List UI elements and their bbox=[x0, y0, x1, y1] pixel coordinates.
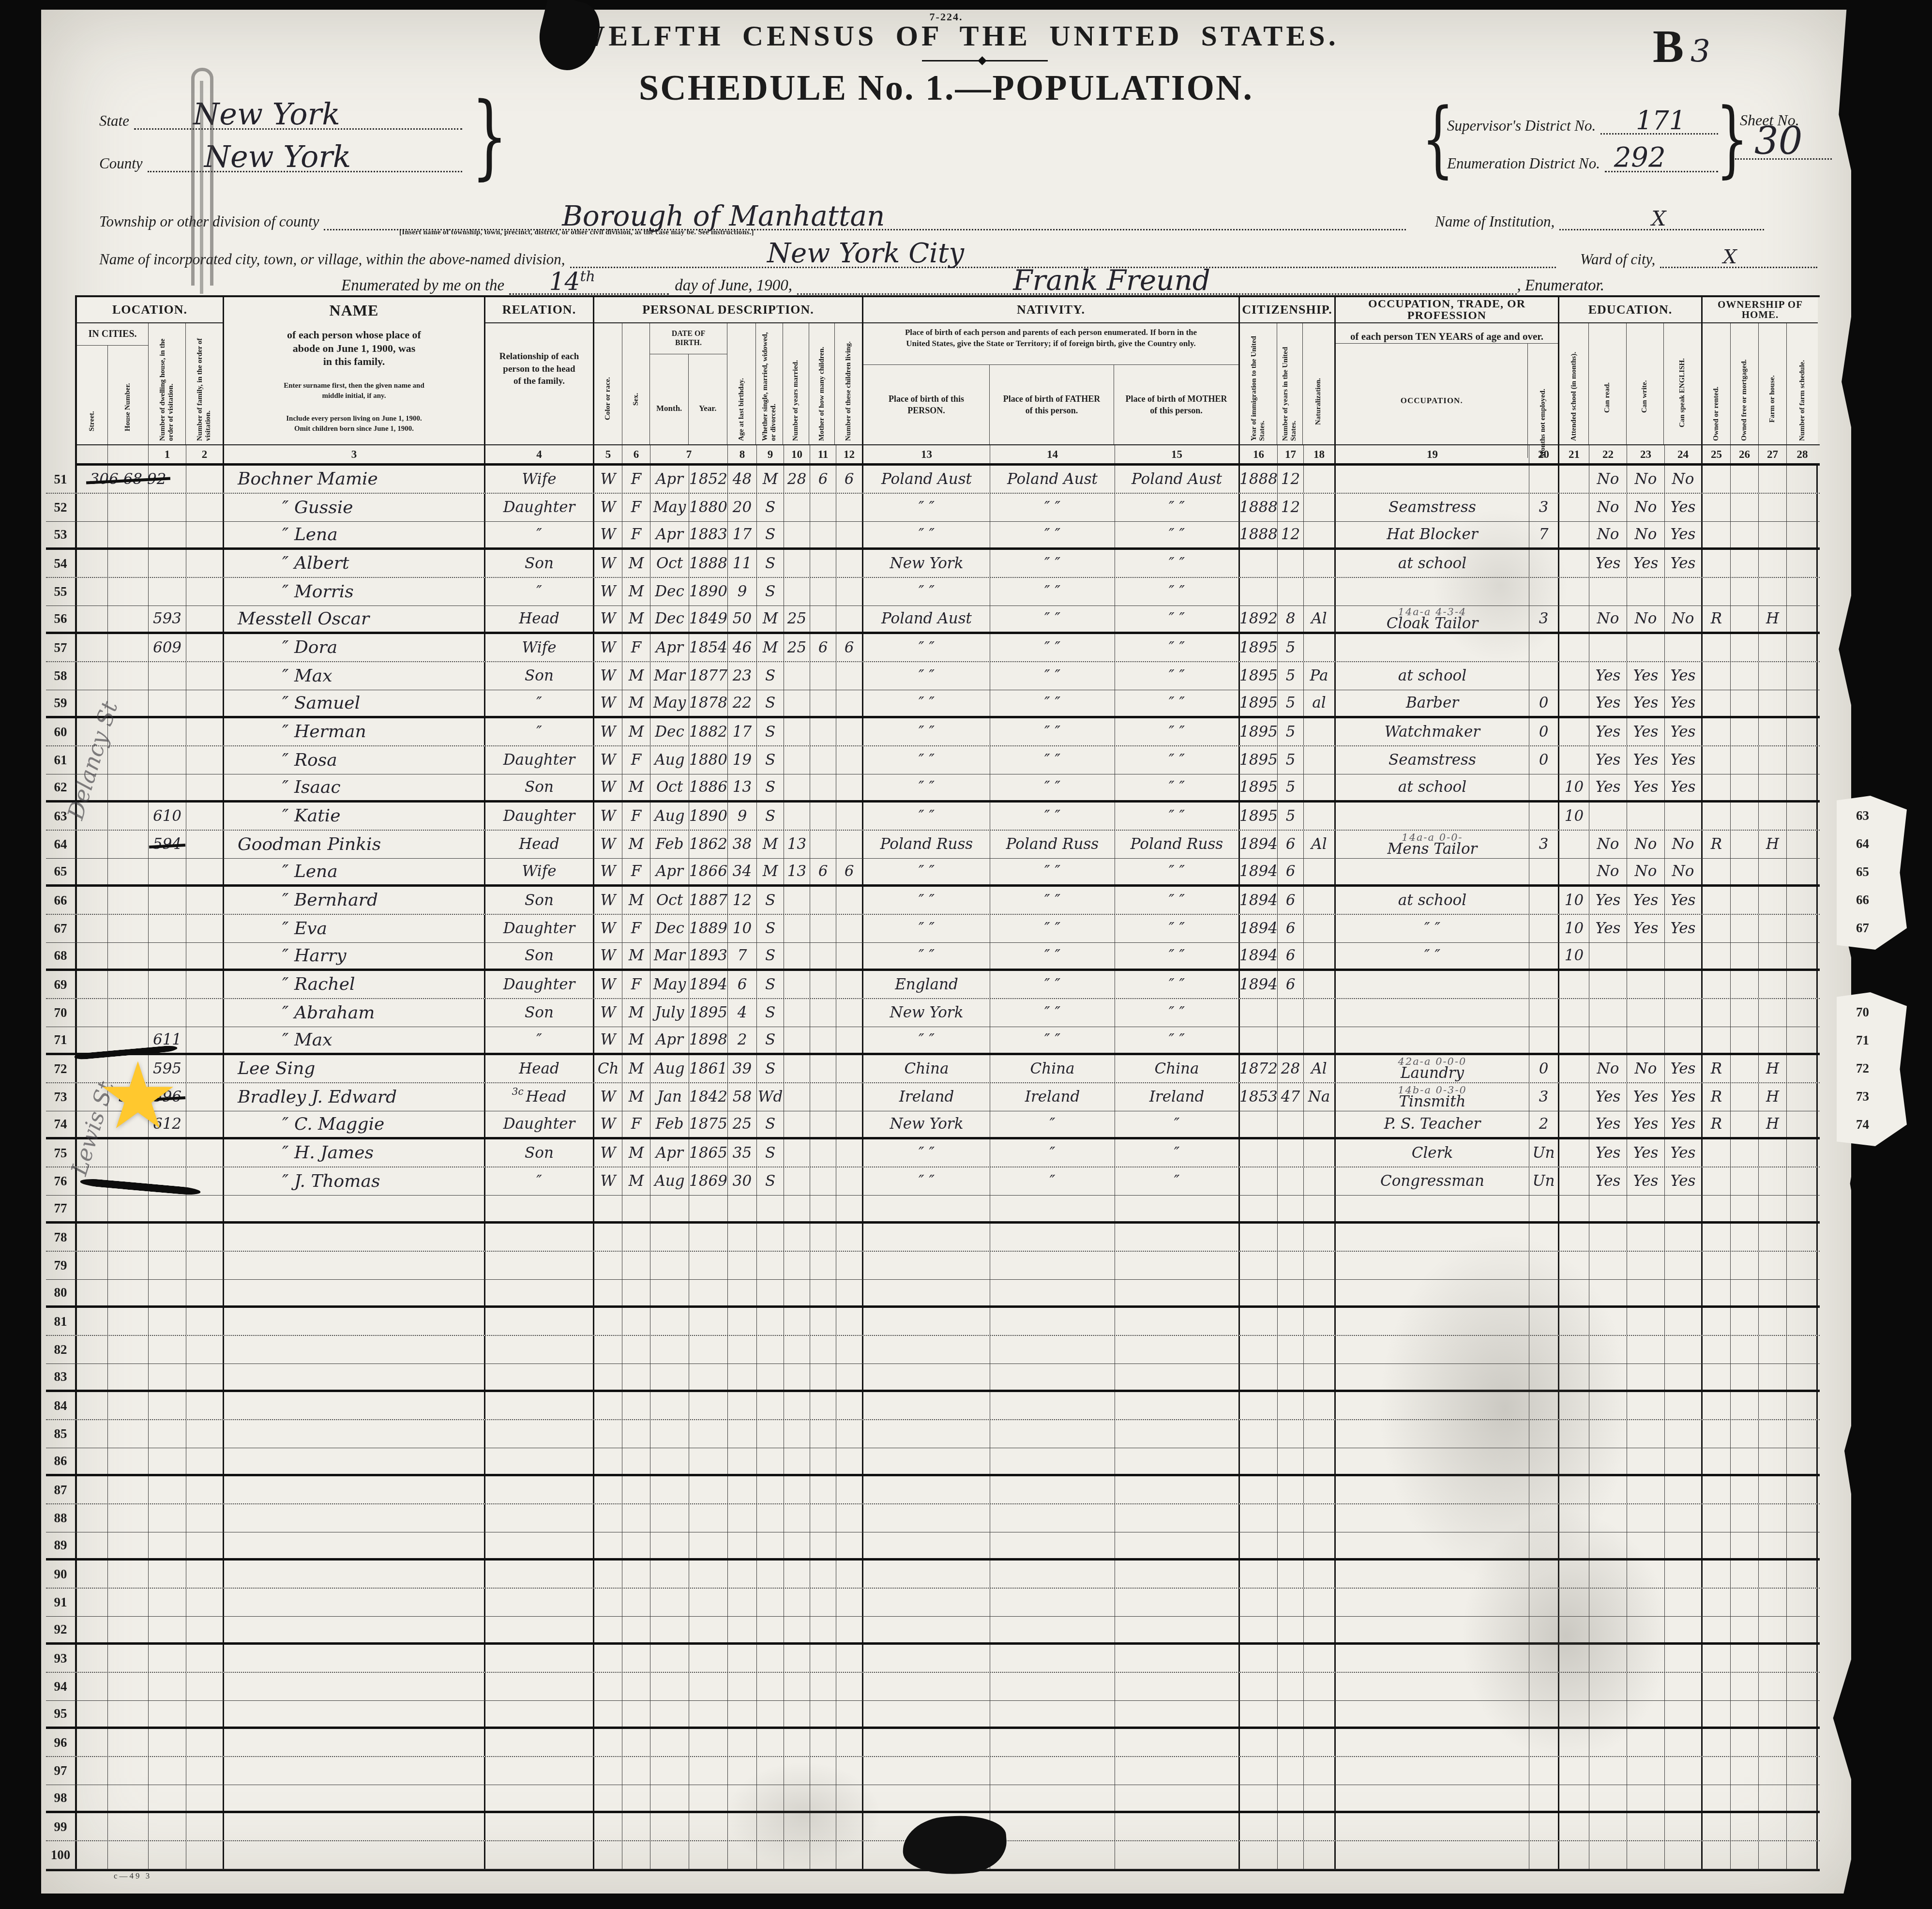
cell-cl bbox=[836, 1280, 863, 1305]
cell-mo bbox=[650, 1841, 689, 1869]
cell-mn: Un bbox=[1529, 1139, 1559, 1167]
cell-co bbox=[594, 1561, 622, 1588]
cell-nm bbox=[224, 1252, 485, 1279]
table-row: 68″ HarrySonWMMar18937S″ ″″ ″″ ″18946″ ″… bbox=[46, 943, 1820, 971]
cell-ag: 50 bbox=[728, 606, 757, 632]
cell-mo bbox=[650, 1392, 689, 1419]
cell-cl bbox=[836, 831, 863, 858]
cell-ym bbox=[784, 1504, 810, 1532]
cell-bf bbox=[990, 1701, 1115, 1727]
cell-bm bbox=[1115, 1252, 1240, 1279]
state-label: State bbox=[99, 112, 134, 130]
cell-bm bbox=[1115, 1448, 1240, 1474]
cell-ow bbox=[1703, 578, 1731, 606]
cell-en: Yes bbox=[1665, 887, 1703, 914]
relation-desc: Relationship of each person to the head … bbox=[485, 323, 593, 444]
cell-im bbox=[1240, 999, 1278, 1027]
cell-bf: Poland Russ bbox=[990, 831, 1115, 858]
col-header-children-living: Number of these children living. bbox=[845, 327, 853, 441]
cell-na bbox=[1304, 943, 1336, 969]
cell-wr bbox=[1627, 1364, 1665, 1390]
cell-ow bbox=[1703, 1280, 1731, 1305]
row-number-right: 64 bbox=[1856, 836, 1869, 851]
row-number-left: 64 bbox=[46, 831, 77, 858]
cell-sx bbox=[622, 1729, 650, 1756]
cell-mo: May bbox=[650, 971, 689, 998]
cell-oc: Barber bbox=[1336, 690, 1529, 716]
row-number-left: 72 bbox=[46, 1055, 77, 1082]
cell-yr: 1880 bbox=[689, 494, 728, 521]
cell-bf bbox=[990, 1448, 1115, 1474]
cell-ym: 13 bbox=[784, 831, 810, 858]
cell-st bbox=[77, 1448, 108, 1474]
cell-ag: 20 bbox=[728, 494, 757, 521]
cell-sc bbox=[1559, 1111, 1589, 1137]
cell-co bbox=[594, 1476, 622, 1503]
cell-st bbox=[77, 634, 108, 661]
cell-yu bbox=[1278, 1589, 1304, 1616]
township-value: Borough of Manhattan bbox=[562, 205, 885, 227]
cell-fm bbox=[1731, 1420, 1759, 1448]
cell-fa bbox=[186, 1757, 224, 1785]
cell-yu bbox=[1278, 1701, 1304, 1727]
cell-fh bbox=[1759, 1532, 1787, 1558]
cell-fh bbox=[1759, 746, 1787, 774]
cell-ym bbox=[784, 1167, 810, 1195]
col-header-can-write: Can write. bbox=[1641, 355, 1649, 413]
cell-en: Yes bbox=[1665, 1111, 1703, 1137]
row-number-right: 63 bbox=[1856, 808, 1869, 823]
cell-co bbox=[594, 1196, 622, 1221]
cell-ym bbox=[784, 971, 810, 998]
cell-yu bbox=[1278, 1027, 1304, 1053]
cell-fm bbox=[1731, 1785, 1759, 1811]
row-number-left: 68 bbox=[46, 943, 77, 969]
cell-bf: ″ ″ bbox=[990, 690, 1115, 716]
cell-fs bbox=[1787, 1224, 1818, 1251]
cell-na bbox=[1304, 1027, 1336, 1053]
cell-rl bbox=[485, 1504, 594, 1532]
cell-ag: 6 bbox=[728, 971, 757, 998]
cell-na bbox=[1304, 1111, 1336, 1137]
cell-ow bbox=[1703, 1561, 1731, 1588]
torn-edge-number-notch: 6364656667 bbox=[1837, 796, 1907, 950]
cell-im bbox=[1240, 1785, 1278, 1811]
row-number-left: 99 bbox=[46, 1813, 77, 1840]
cell-cl bbox=[836, 690, 863, 716]
row-number-left: 96 bbox=[46, 1729, 77, 1756]
cell-fh bbox=[1759, 1729, 1787, 1756]
cell-sx bbox=[622, 1673, 650, 1700]
census-scan-page: { "scan":{"bg":"#0a0a0a","paper":"#f1efe… bbox=[0, 0, 1932, 1909]
cell-ag: 4 bbox=[728, 999, 757, 1027]
cell-mc: 6 bbox=[810, 634, 836, 661]
cell-sx bbox=[622, 1336, 650, 1364]
group-name: NAME of each person whose place of abode… bbox=[224, 297, 485, 444]
cell-yu: 12 bbox=[1278, 466, 1304, 493]
cell-bm bbox=[1115, 1420, 1240, 1448]
cell-fa bbox=[186, 1111, 224, 1137]
cell-im: 1872 bbox=[1240, 1055, 1278, 1082]
cell-na bbox=[1304, 1729, 1336, 1756]
cell-sx: M bbox=[622, 550, 650, 577]
cell-mo bbox=[650, 1701, 689, 1727]
cell-fs bbox=[1787, 1252, 1818, 1279]
cell-ow bbox=[1703, 859, 1731, 884]
cell-wr: No bbox=[1627, 494, 1665, 521]
cell-ag bbox=[728, 1701, 757, 1727]
form-header: 7-224. TWELFTH CENSUS OF THE UNITED STAT… bbox=[41, 10, 1851, 295]
cell-im: 1895 bbox=[1240, 774, 1278, 800]
cell-im bbox=[1240, 1027, 1278, 1053]
cell-hn bbox=[108, 831, 149, 858]
cell-na bbox=[1304, 1392, 1336, 1419]
cell-bm: Poland Russ bbox=[1115, 831, 1240, 858]
cell-cl bbox=[836, 1561, 863, 1588]
cell-fh: H bbox=[1759, 1111, 1787, 1137]
cell-oc: at school bbox=[1336, 887, 1529, 914]
cell-ag bbox=[728, 1196, 757, 1221]
cell-fa bbox=[186, 1448, 224, 1474]
cell-fa bbox=[186, 1196, 224, 1221]
cell-bp bbox=[863, 1196, 990, 1221]
cell-yu bbox=[1278, 1841, 1304, 1869]
cell-bm: ″ ″ bbox=[1115, 915, 1240, 942]
cell-hn bbox=[108, 746, 149, 774]
cell-dw bbox=[149, 690, 186, 716]
cell-fa bbox=[186, 1139, 224, 1167]
cell-ow bbox=[1703, 1617, 1731, 1642]
cell-sx bbox=[622, 1504, 650, 1532]
cell-bp: ″ ″ bbox=[863, 718, 990, 745]
in-cities-label: IN CITIES. bbox=[77, 323, 148, 346]
cell-mc bbox=[810, 1617, 836, 1642]
cell-ow bbox=[1703, 1027, 1731, 1053]
nativity-desc: Place of birth of each person and parent… bbox=[863, 323, 1238, 365]
cell-ag: 25 bbox=[728, 1111, 757, 1137]
cell-mo: Dec bbox=[650, 915, 689, 942]
cell-ag bbox=[728, 1532, 757, 1558]
cell-cl bbox=[836, 1139, 863, 1167]
cell-bm bbox=[1115, 1757, 1240, 1785]
col-header-house-number: House Number. bbox=[124, 359, 132, 431]
state-field: State New York bbox=[99, 112, 462, 130]
cell-yu: 5 bbox=[1278, 634, 1304, 661]
cell-yr: 1893 bbox=[689, 943, 728, 969]
cell-yr: 1854 bbox=[689, 634, 728, 661]
cell-fh bbox=[1759, 999, 1787, 1027]
cell-na bbox=[1304, 1420, 1336, 1448]
table-row: 72595Lee SingHeadChMAug186139SChinaChina… bbox=[46, 1055, 1820, 1083]
cell-rd bbox=[1589, 1224, 1627, 1251]
cell-mo bbox=[650, 1224, 689, 1251]
cell-oc: at school bbox=[1336, 662, 1529, 690]
row-number-left: 56 bbox=[46, 606, 77, 632]
cell-bm: ″ bbox=[1115, 1139, 1240, 1167]
col-header-months-not-employed: Months not employed. bbox=[1539, 344, 1547, 458]
cell-yu: 12 bbox=[1278, 494, 1304, 521]
cell-fa bbox=[186, 494, 224, 521]
cell-im bbox=[1240, 1252, 1278, 1279]
cell-cl bbox=[836, 999, 863, 1027]
cell-hn bbox=[108, 1504, 149, 1532]
cell-ag bbox=[728, 1336, 757, 1364]
row-number-right: 66 bbox=[1856, 893, 1869, 908]
cell-bm: ″ ″ bbox=[1115, 550, 1240, 577]
cell-hn bbox=[108, 1673, 149, 1700]
group-education: EDUCATION. Attended school (in months). … bbox=[1559, 297, 1703, 444]
cell-cl bbox=[836, 550, 863, 577]
cell-rd bbox=[1589, 1252, 1627, 1279]
cell-rl: Son bbox=[485, 999, 594, 1027]
col-header-birth-person: Place of birth of thisPERSON. bbox=[863, 365, 990, 444]
cell-dw bbox=[149, 1617, 186, 1642]
cell-rl bbox=[485, 1813, 594, 1840]
cell-ma bbox=[757, 1392, 784, 1419]
cell-ma: S bbox=[757, 746, 784, 774]
cell-mc bbox=[810, 1420, 836, 1448]
cell-sx bbox=[622, 1476, 650, 1503]
cell-bp: New York bbox=[863, 999, 990, 1027]
cell-rd bbox=[1589, 971, 1627, 998]
cell-rl: Head bbox=[485, 831, 594, 858]
cell-im: 1892 bbox=[1240, 606, 1278, 632]
cell-co: W bbox=[594, 971, 622, 998]
cell-yu bbox=[1278, 1280, 1304, 1305]
cell-hn bbox=[108, 971, 149, 998]
cell-fh bbox=[1759, 1196, 1787, 1221]
cell-fh bbox=[1759, 1308, 1787, 1335]
cell-dw bbox=[149, 1532, 186, 1558]
ward-line: X bbox=[1660, 263, 1817, 268]
cell-fh bbox=[1759, 494, 1787, 521]
cell-ym bbox=[784, 1673, 810, 1700]
cell-im bbox=[1240, 1280, 1278, 1305]
cell-en bbox=[1665, 1448, 1703, 1474]
cell-hn bbox=[108, 803, 149, 830]
cell-ym: 13 bbox=[784, 859, 810, 884]
stain-mark bbox=[1433, 508, 1568, 663]
cell-yr bbox=[689, 1504, 728, 1532]
cell-fh bbox=[1759, 522, 1787, 547]
cell-mn bbox=[1529, 999, 1559, 1027]
cell-rl: ″ bbox=[485, 690, 594, 716]
cell-sx bbox=[622, 1448, 650, 1474]
cell-mn bbox=[1529, 1027, 1559, 1053]
cell-bp bbox=[863, 1757, 990, 1785]
cell-yr bbox=[689, 1448, 728, 1474]
cell-im: 1895 bbox=[1240, 718, 1278, 745]
cell-bf bbox=[990, 1420, 1115, 1448]
cell-fh bbox=[1759, 662, 1787, 690]
cell-mc bbox=[810, 1224, 836, 1251]
cell-yr bbox=[689, 1841, 728, 1869]
cell-nm bbox=[224, 1476, 485, 1503]
cell-cl: 6 bbox=[836, 634, 863, 661]
cell-co bbox=[594, 1813, 622, 1840]
cell-st bbox=[77, 1336, 108, 1364]
cell-rd bbox=[1589, 1785, 1627, 1811]
cell-na bbox=[1304, 550, 1336, 577]
cell-mn bbox=[1529, 915, 1559, 942]
cell-rl: Head bbox=[485, 606, 594, 632]
cell-bf bbox=[990, 1673, 1115, 1700]
cell-mc bbox=[810, 971, 836, 998]
cell-ym bbox=[784, 1701, 810, 1727]
cell-dw bbox=[149, 578, 186, 606]
row-number-left: 83 bbox=[46, 1364, 77, 1390]
cell-cl bbox=[836, 1364, 863, 1390]
enumerated-field: Enumerated by me on the 14th day of June… bbox=[341, 277, 1609, 295]
cell-co: W bbox=[594, 550, 622, 577]
cell-ow bbox=[1703, 803, 1731, 830]
cell-yr: 1895 bbox=[689, 999, 728, 1027]
cell-mo: Oct bbox=[650, 774, 689, 800]
cell-st bbox=[77, 1701, 108, 1727]
supervisor-district-line: 171 bbox=[1600, 130, 1718, 135]
cell-ow bbox=[1703, 1448, 1731, 1474]
cell-st bbox=[77, 859, 108, 884]
cell-mc bbox=[810, 718, 836, 745]
cell-yr bbox=[689, 1589, 728, 1616]
cell-mn bbox=[1529, 1841, 1559, 1869]
cell-fh bbox=[1759, 1841, 1787, 1869]
cell-cl bbox=[836, 1476, 863, 1503]
cell-mc bbox=[810, 1701, 836, 1727]
cell-en bbox=[1665, 1813, 1703, 1840]
cell-mo: Dec bbox=[650, 718, 689, 745]
cell-mo bbox=[650, 1785, 689, 1811]
cell-fh bbox=[1759, 1813, 1787, 1840]
group-nativity: NATIVITY. Place of birth of each person … bbox=[863, 297, 1240, 444]
cell-bp: ″ ″ bbox=[863, 746, 990, 774]
cell-mn bbox=[1529, 887, 1559, 914]
cell-im bbox=[1240, 1673, 1278, 1700]
cell-bf bbox=[990, 1392, 1115, 1419]
cell-yr: 1875 bbox=[689, 1111, 728, 1137]
cell-en bbox=[1665, 803, 1703, 830]
cell-rd: Yes bbox=[1589, 887, 1627, 914]
cell-rl bbox=[485, 1673, 594, 1700]
cell-ma bbox=[757, 1476, 784, 1503]
cell-oc: Seamstress bbox=[1336, 746, 1529, 774]
cell-fs bbox=[1787, 1813, 1818, 1840]
cell-bf bbox=[990, 1532, 1115, 1558]
col-header-mother-children: Mother of how many children. bbox=[818, 327, 826, 441]
cell-co bbox=[594, 1364, 622, 1390]
cell-rd: No bbox=[1589, 494, 1627, 521]
row-number-left: 57 bbox=[46, 634, 77, 661]
cell-ym bbox=[784, 1252, 810, 1279]
cell-fh bbox=[1759, 943, 1787, 969]
cell-oc bbox=[1336, 466, 1529, 493]
cell-sx: F bbox=[622, 915, 650, 942]
cell-ag: 2 bbox=[728, 1027, 757, 1053]
cell-fm bbox=[1731, 999, 1759, 1027]
cell-hn bbox=[108, 999, 149, 1027]
dob-title: DATE OFBIRTH. bbox=[650, 323, 726, 354]
cell-mn: 0 bbox=[1529, 690, 1559, 716]
col-header-dwelling-number: Number of dwelling house, in the order o… bbox=[159, 327, 175, 441]
cell-oc bbox=[1336, 1841, 1529, 1869]
cell-oc bbox=[1336, 1813, 1529, 1840]
cell-cl: 6 bbox=[836, 466, 863, 493]
cell-sx: F bbox=[622, 634, 650, 661]
col-header-street: Street. bbox=[88, 359, 96, 431]
row-number-left: 70 bbox=[46, 999, 77, 1027]
cell-ym bbox=[784, 1308, 810, 1335]
cell-im: 1894 bbox=[1240, 859, 1278, 884]
cell-ma: S bbox=[757, 494, 784, 521]
cell-rl bbox=[485, 1392, 594, 1419]
cell-ym bbox=[784, 1589, 810, 1616]
cell-sx: F bbox=[622, 971, 650, 998]
cell-yu bbox=[1278, 1111, 1304, 1137]
cell-hn bbox=[108, 1280, 149, 1305]
cell-cl bbox=[836, 662, 863, 690]
cell-mo: Mar bbox=[650, 943, 689, 969]
cell-fm bbox=[1731, 1252, 1759, 1279]
cell-rl: Son bbox=[485, 662, 594, 690]
cell-dw bbox=[149, 550, 186, 577]
cell-mc bbox=[810, 1083, 836, 1111]
cell-oc: Watchmaker bbox=[1336, 718, 1529, 745]
cell-nm: Bradley J. Edward bbox=[224, 1083, 485, 1111]
cell-wr bbox=[1627, 943, 1665, 969]
cell-fs bbox=[1787, 466, 1818, 493]
cell-mc bbox=[810, 662, 836, 690]
cell-ma bbox=[757, 1561, 784, 1588]
cell-st bbox=[77, 1280, 108, 1305]
cell-rd: No bbox=[1589, 1055, 1627, 1082]
cell-na bbox=[1304, 634, 1336, 661]
cell-ma bbox=[757, 1532, 784, 1558]
cell-fh bbox=[1759, 718, 1787, 745]
cell-ym bbox=[784, 999, 810, 1027]
cell-nm: ″ J. Thomas bbox=[224, 1167, 485, 1195]
cell-fa bbox=[186, 1589, 224, 1616]
cell-ow bbox=[1703, 1364, 1731, 1390]
cell-fm bbox=[1731, 690, 1759, 716]
col-header-marital: Whether single, married, widowed, or div… bbox=[761, 327, 777, 441]
cell-fs bbox=[1787, 1055, 1818, 1082]
cell-fs bbox=[1787, 550, 1818, 577]
cell-rl: Wife bbox=[485, 859, 594, 884]
cell-ma: S bbox=[757, 690, 784, 716]
cell-ow bbox=[1703, 1589, 1731, 1616]
cell-sx bbox=[622, 1589, 650, 1616]
cell-cl bbox=[836, 1027, 863, 1053]
cell-fa bbox=[186, 1364, 224, 1390]
cell-na bbox=[1304, 1841, 1336, 1869]
cell-yr bbox=[689, 1252, 728, 1279]
cell-im bbox=[1240, 1224, 1278, 1251]
cell-fm bbox=[1731, 859, 1759, 884]
cell-rd: Yes bbox=[1589, 718, 1627, 745]
row-number-left: 55 bbox=[46, 578, 77, 606]
cell-rl: Daughter bbox=[485, 971, 594, 998]
cell-sx bbox=[622, 1280, 650, 1305]
cell-ag bbox=[728, 1617, 757, 1642]
cell-hn bbox=[108, 1476, 149, 1503]
cell-yu bbox=[1278, 1308, 1304, 1335]
cell-bf bbox=[990, 1280, 1115, 1305]
cell-fs bbox=[1787, 494, 1818, 521]
cell-oc bbox=[1336, 999, 1529, 1027]
cell-mn bbox=[1529, 774, 1559, 800]
cell-yu: 28 bbox=[1278, 1055, 1304, 1082]
cell-ma bbox=[757, 1280, 784, 1305]
